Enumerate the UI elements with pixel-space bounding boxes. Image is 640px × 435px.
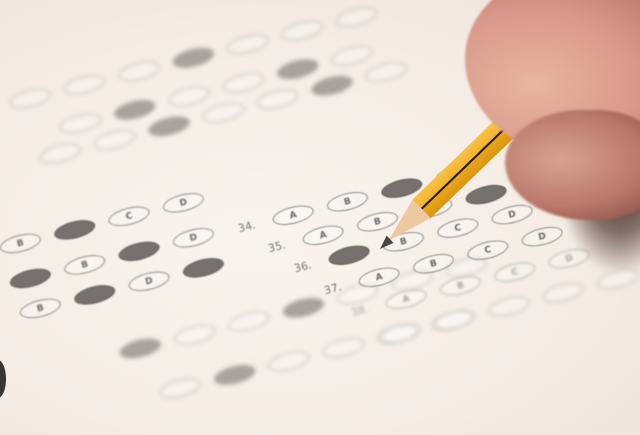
- bubble-option[interactable]: C: [492, 259, 537, 286]
- bubble-option[interactable]: A: [357, 264, 402, 291]
- answer-sheet-photo: B C D B D B D 34. A B D 35. A: [0, 0, 640, 435]
- bubble-option[interactable]: C: [435, 215, 480, 242]
- bubble-option[interactable]: A: [384, 286, 429, 313]
- bubble-option[interactable]: B: [411, 250, 456, 277]
- bubble-option[interactable]: B: [438, 272, 483, 299]
- bubble-option[interactable]: A: [301, 222, 346, 249]
- bubble-option[interactable]: D: [520, 223, 565, 250]
- bubble-option[interactable]: D: [490, 201, 535, 228]
- bubble-option[interactable]: A: [271, 202, 316, 229]
- bubble-option[interactable]: B: [325, 188, 370, 215]
- bubble-option-being-filled[interactable]: [327, 242, 372, 269]
- bubble-option[interactable]: C: [465, 237, 510, 264]
